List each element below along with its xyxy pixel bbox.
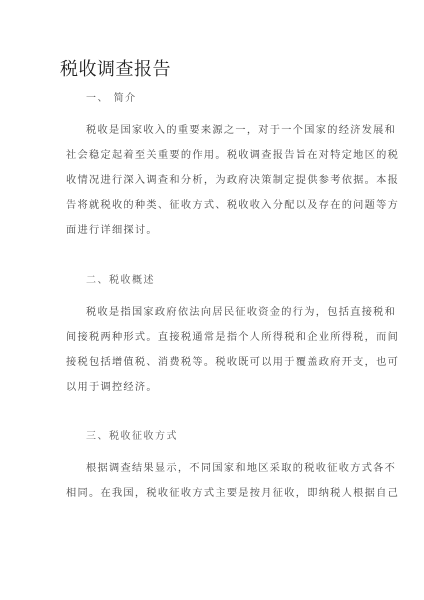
paragraph-line: 接税包括增值税、消费税等。税收既可以用于覆盖政府开支，也可	[66, 350, 366, 375]
paragraph-line: 相同。在我国，税收征收方式主要是按月征收，即纳税人根据自己	[66, 481, 366, 506]
paragraph-line: 税收是指国家政府依法向居民征收资金的行为，包括直接税和	[66, 300, 366, 325]
paragraph-line: 税收是国家收入的重要来源之一，对于一个国家的经济发展和	[66, 118, 366, 143]
section-heading-overview: 二、税收概述	[86, 271, 155, 286]
paragraph-line: 收情况进行深入调查和分析，为政府决策制定提供参考依据。本报	[66, 168, 366, 193]
paragraph-line: 根据调查结果显示，不同国家和地区采取的税收征收方式各不	[66, 456, 366, 481]
section-paragraph-collection: 根据调查结果显示，不同国家和地区采取的税收征收方式各不 相同。在我国，税收征收方…	[66, 456, 366, 506]
section-paragraph-overview: 税收是指国家政府依法向居民征收资金的行为，包括直接税和 间接税两种形式。直接税通…	[66, 300, 366, 400]
section-paragraph-intro: 税收是国家收入的重要来源之一，对于一个国家的经济发展和 社会稳定起着至关重要的作…	[66, 118, 366, 243]
document-page: 税收调查报告 一、 简介 税收是国家收入的重要来源之一，对于一个国家的经济发展和…	[0, 0, 424, 600]
paragraph-line: 面进行详细探讨。	[66, 218, 366, 243]
section-heading-collection: 三、税收征收方式	[86, 427, 178, 442]
section-heading-intro: 一、 简介	[86, 89, 137, 104]
paragraph-line: 社会稳定起着至关重要的作用。税收调查报告旨在对特定地区的税	[66, 143, 366, 168]
paragraph-line: 告将就税收的种类、征收方式、税收收入分配以及存在的问题等方	[66, 193, 366, 218]
paragraph-line: 间接税两种形式。直接税通常是指个人所得税和企业所得税，而间	[66, 325, 366, 350]
document-title: 税收调查报告	[60, 55, 171, 81]
paragraph-line: 以用于调控经济。	[66, 375, 366, 400]
